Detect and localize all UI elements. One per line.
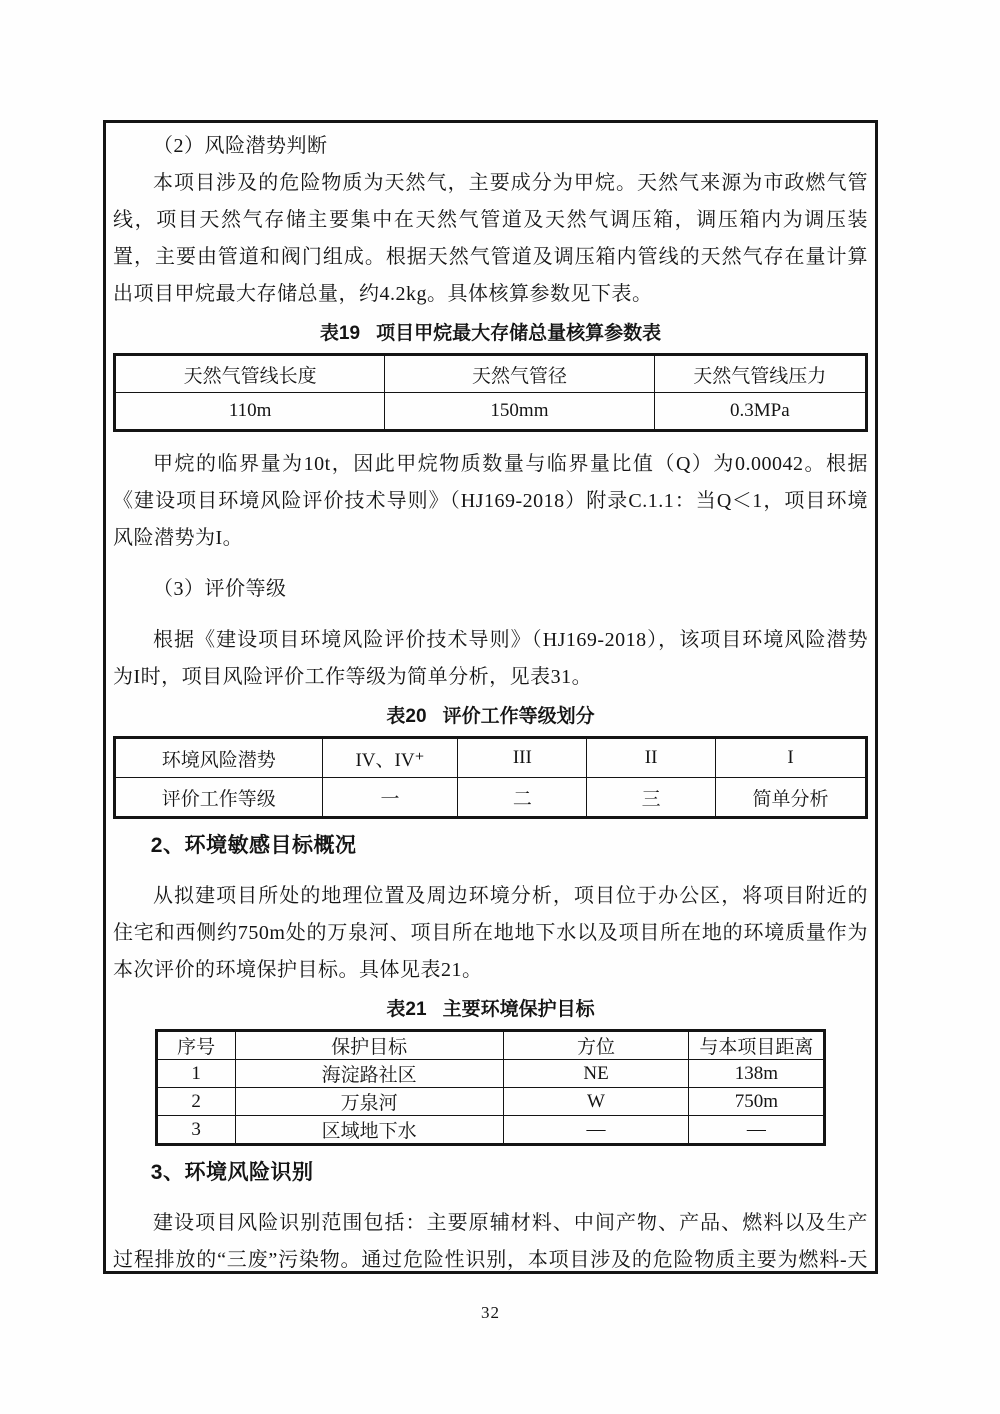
table-21-protection-targets: 序号 保护目标 方位 与本项目距离 1 海淀路社区 NE 138m 2 万泉河 …: [155, 1029, 827, 1146]
table-20-label: 表20: [386, 706, 426, 727]
table-21-header-row: 序号 保护目标 方位 与本项目距离: [156, 1031, 825, 1060]
page-number: 32: [103, 1303, 878, 1323]
table-cell: 天然气管径: [385, 355, 654, 393]
para-risk-identification: 建设项目风险识别范围包括：主要原辅材料、中间产物、产品、燃料以及生产过程排放的“…: [113, 1205, 868, 1274]
table-cell: 保护目标: [235, 1031, 503, 1060]
table-cell: 天然气管线压力: [654, 355, 866, 393]
table-cell: IV、IV⁺: [322, 738, 458, 778]
table-cell: NE: [503, 1060, 689, 1088]
section-2-heading: 2、环境敏感目标概况: [113, 827, 868, 864]
table-cell: III: [458, 738, 587, 778]
table-row: 2 万泉河 W 750m: [156, 1088, 825, 1116]
table-19-header-row: 天然气管线长度 天然气管径 天然气管线压力: [115, 355, 867, 393]
table-21-caption: 表21主要环境保护目标: [113, 996, 868, 1024]
table-cell: 110m: [115, 393, 385, 431]
table-row: 1 海淀路社区 NE 138m: [156, 1060, 825, 1088]
table-cell: 区域地下水: [235, 1116, 503, 1145]
table-cell: 三: [587, 778, 716, 818]
para-critical-q: 甲烷的临界量为10t，因此甲烷物质数量与临界量比值（Q）为0.00042。根据《…: [113, 446, 868, 557]
para-hazard-material: 本项目涉及的危险物质为天然气，主要成分为甲烷。天然气来源为市政燃气管线，项目天然…: [113, 165, 868, 313]
para-sensitive-targets: 从拟建项目所处的地理位置及周边环境分析，项目位于办公区，将项目附近的住宅和西侧约…: [113, 878, 868, 989]
table-cell: 简单分析: [716, 778, 867, 818]
heading-eval-grade: （3）评价等级: [113, 571, 868, 608]
table-20-eval-grade-division: 环境风险潜势 IV、IV⁺ III II I 评价工作等级 一 二 三 简单分析: [113, 736, 868, 819]
table-cell: 二: [458, 778, 587, 818]
table-cell: 方位: [503, 1031, 689, 1060]
table-cell: 750m: [689, 1088, 825, 1116]
table-20-row-grade: 评价工作等级 一 二 三 简单分析: [115, 778, 867, 818]
table-cell: 评价工作等级: [115, 778, 323, 818]
table-cell: 150mm: [385, 393, 654, 431]
table-cell: W: [503, 1088, 689, 1116]
table-cell: 万泉河: [235, 1088, 503, 1116]
table-cell: 海淀路社区: [235, 1060, 503, 1088]
table-19-label: 表19: [320, 323, 360, 344]
table-cell: 0.3MPa: [654, 393, 866, 431]
table-19-caption: 表19项目甲烷最大存储总量核算参数表: [113, 320, 868, 348]
table-cell: 与本项目距离: [689, 1031, 825, 1060]
table-21-title: 主要环境保护目标: [443, 999, 595, 1020]
table-cell: I: [716, 738, 867, 778]
table-cell: 1: [156, 1060, 235, 1088]
table-20-title: 评价工作等级划分: [443, 706, 595, 727]
table-cell: 3: [156, 1116, 235, 1145]
table-row: 3 区域地下水 — —: [156, 1116, 825, 1145]
table-cell: 序号: [156, 1031, 235, 1060]
table-21-label: 表21: [386, 999, 426, 1020]
table-19-data-row: 110m 150mm 0.3MPa: [115, 393, 867, 431]
table-cell: 一: [322, 778, 458, 818]
document-page: （2）风险潜势判断 本项目涉及的危险物质为天然气，主要成分为甲烷。天然气来源为市…: [0, 0, 1000, 1414]
table-cell: —: [503, 1116, 689, 1145]
table-19-title: 项目甲烷最大存储总量核算参数表: [376, 323, 661, 344]
table-cell: 2: [156, 1088, 235, 1116]
table-cell: 天然气管线长度: [115, 355, 385, 393]
content-border-box: （2）风险潜势判断 本项目涉及的危险物质为天然气，主要成分为甲烷。天然气来源为市…: [103, 120, 878, 1274]
table-cell: II: [587, 738, 716, 778]
section-3-heading: 3、环境风险识别: [113, 1154, 868, 1191]
heading-risk-potential: （2）风险潜势判断: [113, 128, 868, 165]
table-20-caption: 表20评价工作等级划分: [113, 703, 868, 731]
table-cell: 环境风险潜势: [115, 738, 323, 778]
para-eval-grade: 根据《建设项目环境风险评价技术导则》（HJ169-2018），该项目环境风险潜势…: [113, 622, 868, 696]
table-19-methane-storage-params: 天然气管线长度 天然气管径 天然气管线压力 110m 150mm 0.3MPa: [113, 353, 868, 432]
table-20-row-potential: 环境风险潜势 IV、IV⁺ III II I: [115, 738, 867, 778]
table-cell: 138m: [689, 1060, 825, 1088]
table-cell: —: [689, 1116, 825, 1145]
